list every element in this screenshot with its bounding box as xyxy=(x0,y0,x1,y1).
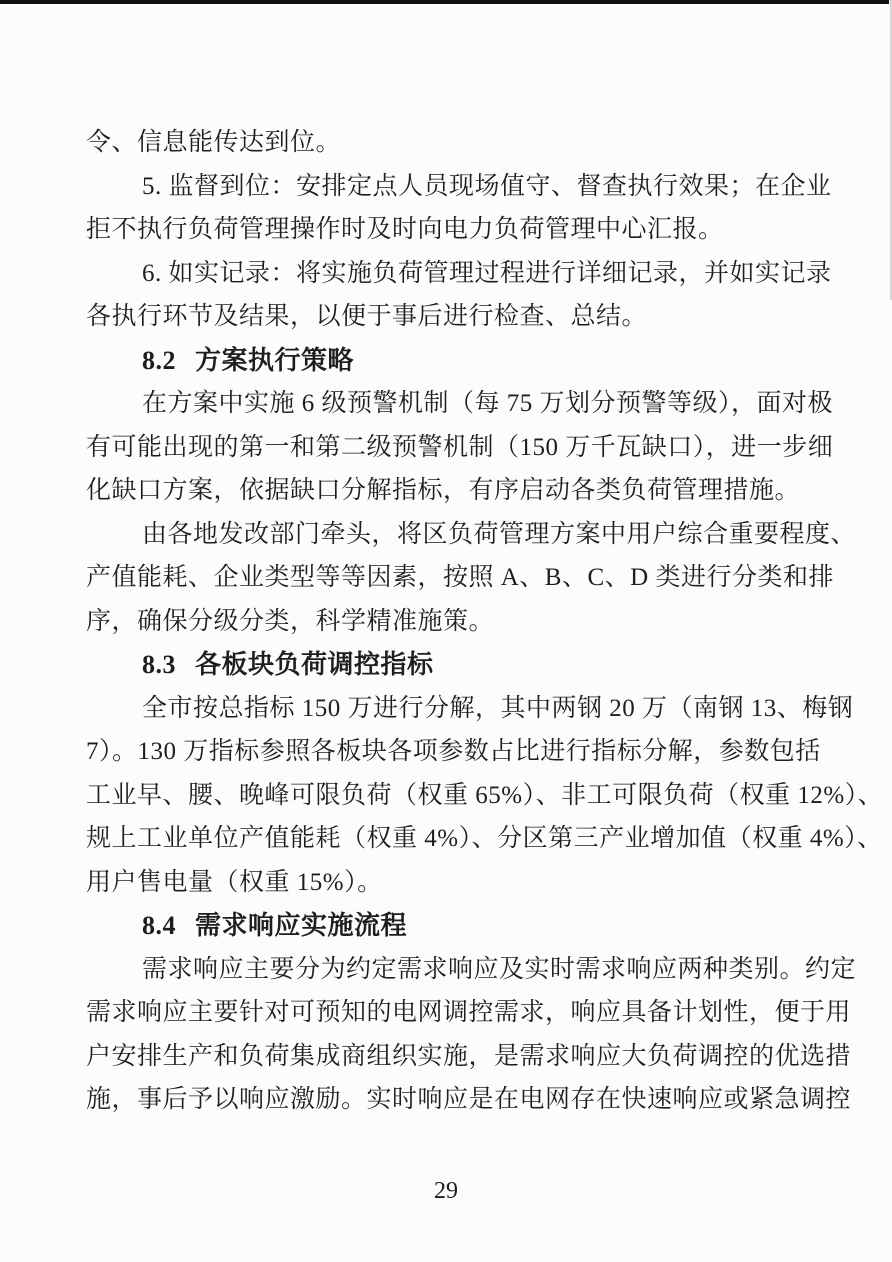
paragraph-line: 用户售电量（权重 15%）。 xyxy=(86,861,806,905)
paragraph-line: 规上工业单位产值能耗（权重 4%）、分区第三产业增加值（权重 4%）、 xyxy=(86,817,806,861)
paragraph-line: 5. 监督到位：安排定点人员现场值守、督查执行效果；在企业 xyxy=(86,165,806,209)
section-heading-8-2: 8.2方案执行策略 xyxy=(86,339,806,383)
section-title: 方案执行策略 xyxy=(195,346,354,375)
paragraph-line: 由各地发改部门牵头，将区负荷管理方案中用户综合重要程度、 xyxy=(86,513,806,557)
paragraph-line: 在方案中实施 6 级预警机制（每 75 万划分预警等级），面对极 xyxy=(86,382,806,426)
paragraph-line: 工业早、腰、晚峰可限负荷（权重 65%）、非工可限负荷（权重 12%）、 xyxy=(86,774,806,818)
paragraph-line: 6. 如实记录：将实施负荷管理过程进行详细记录，并如实记录 xyxy=(86,252,806,296)
section-number: 8.2 xyxy=(142,346,176,375)
section-heading-8-4: 8.4需求响应实施流程 xyxy=(86,904,806,948)
paragraph-line: 拒不执行负荷管理操作时及时向电力负荷管理中心汇报。 xyxy=(86,208,806,252)
page-content: 令、信息能传达到位。 5. 监督到位：安排定点人员现场值守、督查执行效果；在企业… xyxy=(86,121,806,1122)
scan-edge-top xyxy=(0,0,889,4)
section-title: 各板块负荷调控指标 xyxy=(195,650,434,679)
page-footer: 29 xyxy=(0,1176,892,1206)
paragraph-line: 化缺口方案，依据缺口分解指标，有序启动各类负荷管理措施。 xyxy=(86,469,806,513)
section-number: 8.3 xyxy=(142,650,176,679)
paragraph-line: 全市按总指标 150 万进行分解，其中两钢 20 万（南钢 13、梅钢 xyxy=(86,687,806,731)
paragraph-line: 7）。130 万指标参照各板块各项参数占比进行指标分解，参数包括 xyxy=(86,730,806,774)
section-heading-8-3: 8.3各板块负荷调控指标 xyxy=(86,643,806,687)
paragraph-line: 有可能出现的第一和第二级预警机制（150 万千瓦缺口），进一步细 xyxy=(86,426,806,470)
paragraph-line: 户安排生产和负荷集成商组织实施，是需求响应大负荷调控的优选措 xyxy=(86,1035,806,1079)
paragraph-line: 各执行环节及结果，以便于事后进行检查、总结。 xyxy=(86,295,806,339)
page-number: 29 xyxy=(434,1178,458,1204)
section-number: 8.4 xyxy=(142,911,176,940)
paragraph-line: 需求响应主要针对可预知的电网调控需求，响应具备计划性，便于用 xyxy=(86,991,806,1035)
paragraph-line: 序，确保分级分类，科学精准施策。 xyxy=(86,600,806,644)
section-title: 需求响应实施流程 xyxy=(195,911,407,940)
paragraph-line: 产值能耗、企业类型等等因素，按照 A、B、C、D 类进行分类和排 xyxy=(86,556,806,600)
paragraph-line: 施，事后予以响应激励。实时响应是在电网存在快速响应或紧急调控 xyxy=(86,1078,806,1122)
paragraph-line: 需求响应主要分为约定需求响应及实时需求响应两种类别。约定 xyxy=(86,948,806,992)
paragraph-line: 令、信息能传达到位。 xyxy=(86,121,806,165)
